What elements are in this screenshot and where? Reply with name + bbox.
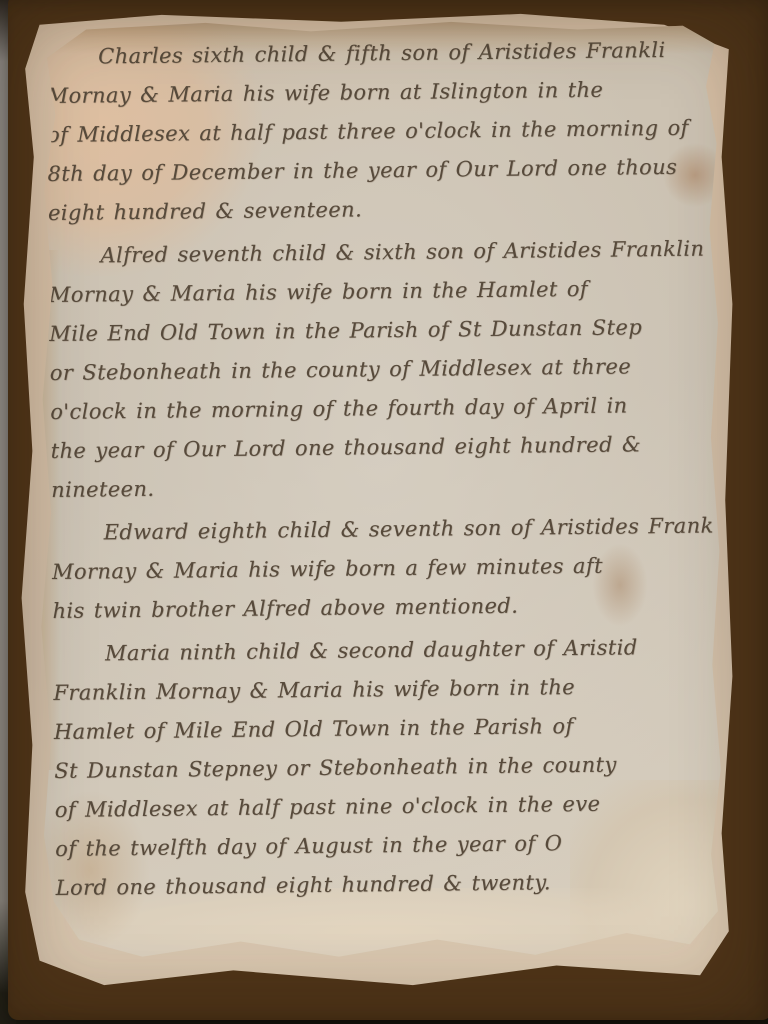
manuscript-line: 8th day of December in the year of Our L… [47, 147, 747, 194]
entry-alfred: Alfred seventh child & sixth son of Aris… [48, 229, 751, 510]
manuscript-page: Charles sixth child & fifth son of Arist… [30, 20, 732, 968]
manuscript-line: Charles sixth child & fifth son of Arist… [46, 30, 746, 77]
manuscript-line: Lord one thousand eight hundred & twenty… [55, 861, 755, 908]
manuscript-text: Charles sixth child & fifth son of Arist… [46, 30, 756, 912]
entry-charles: Charles sixth child & fifth son of Arist… [46, 30, 748, 233]
entry-maria: Maria ninth child & second daughter of A… [53, 627, 756, 908]
manuscript-line: eight hundred & seventeen. [48, 186, 748, 233]
entry-edward: Edward eighth child & seventh son of Ari… [51, 506, 752, 631]
manuscript-line: Edward eighth child & seventh son of Ari… [51, 506, 751, 553]
manuscript-line: nineteen. [51, 463, 751, 510]
manuscript-line: his twin brother Alfred above mentioned. [52, 584, 752, 631]
manuscript-photo: Charles sixth child & fifth son of Arist… [0, 0, 768, 1024]
manuscript-line: Alfred seventh child & sixth son of Aris… [48, 229, 748, 276]
